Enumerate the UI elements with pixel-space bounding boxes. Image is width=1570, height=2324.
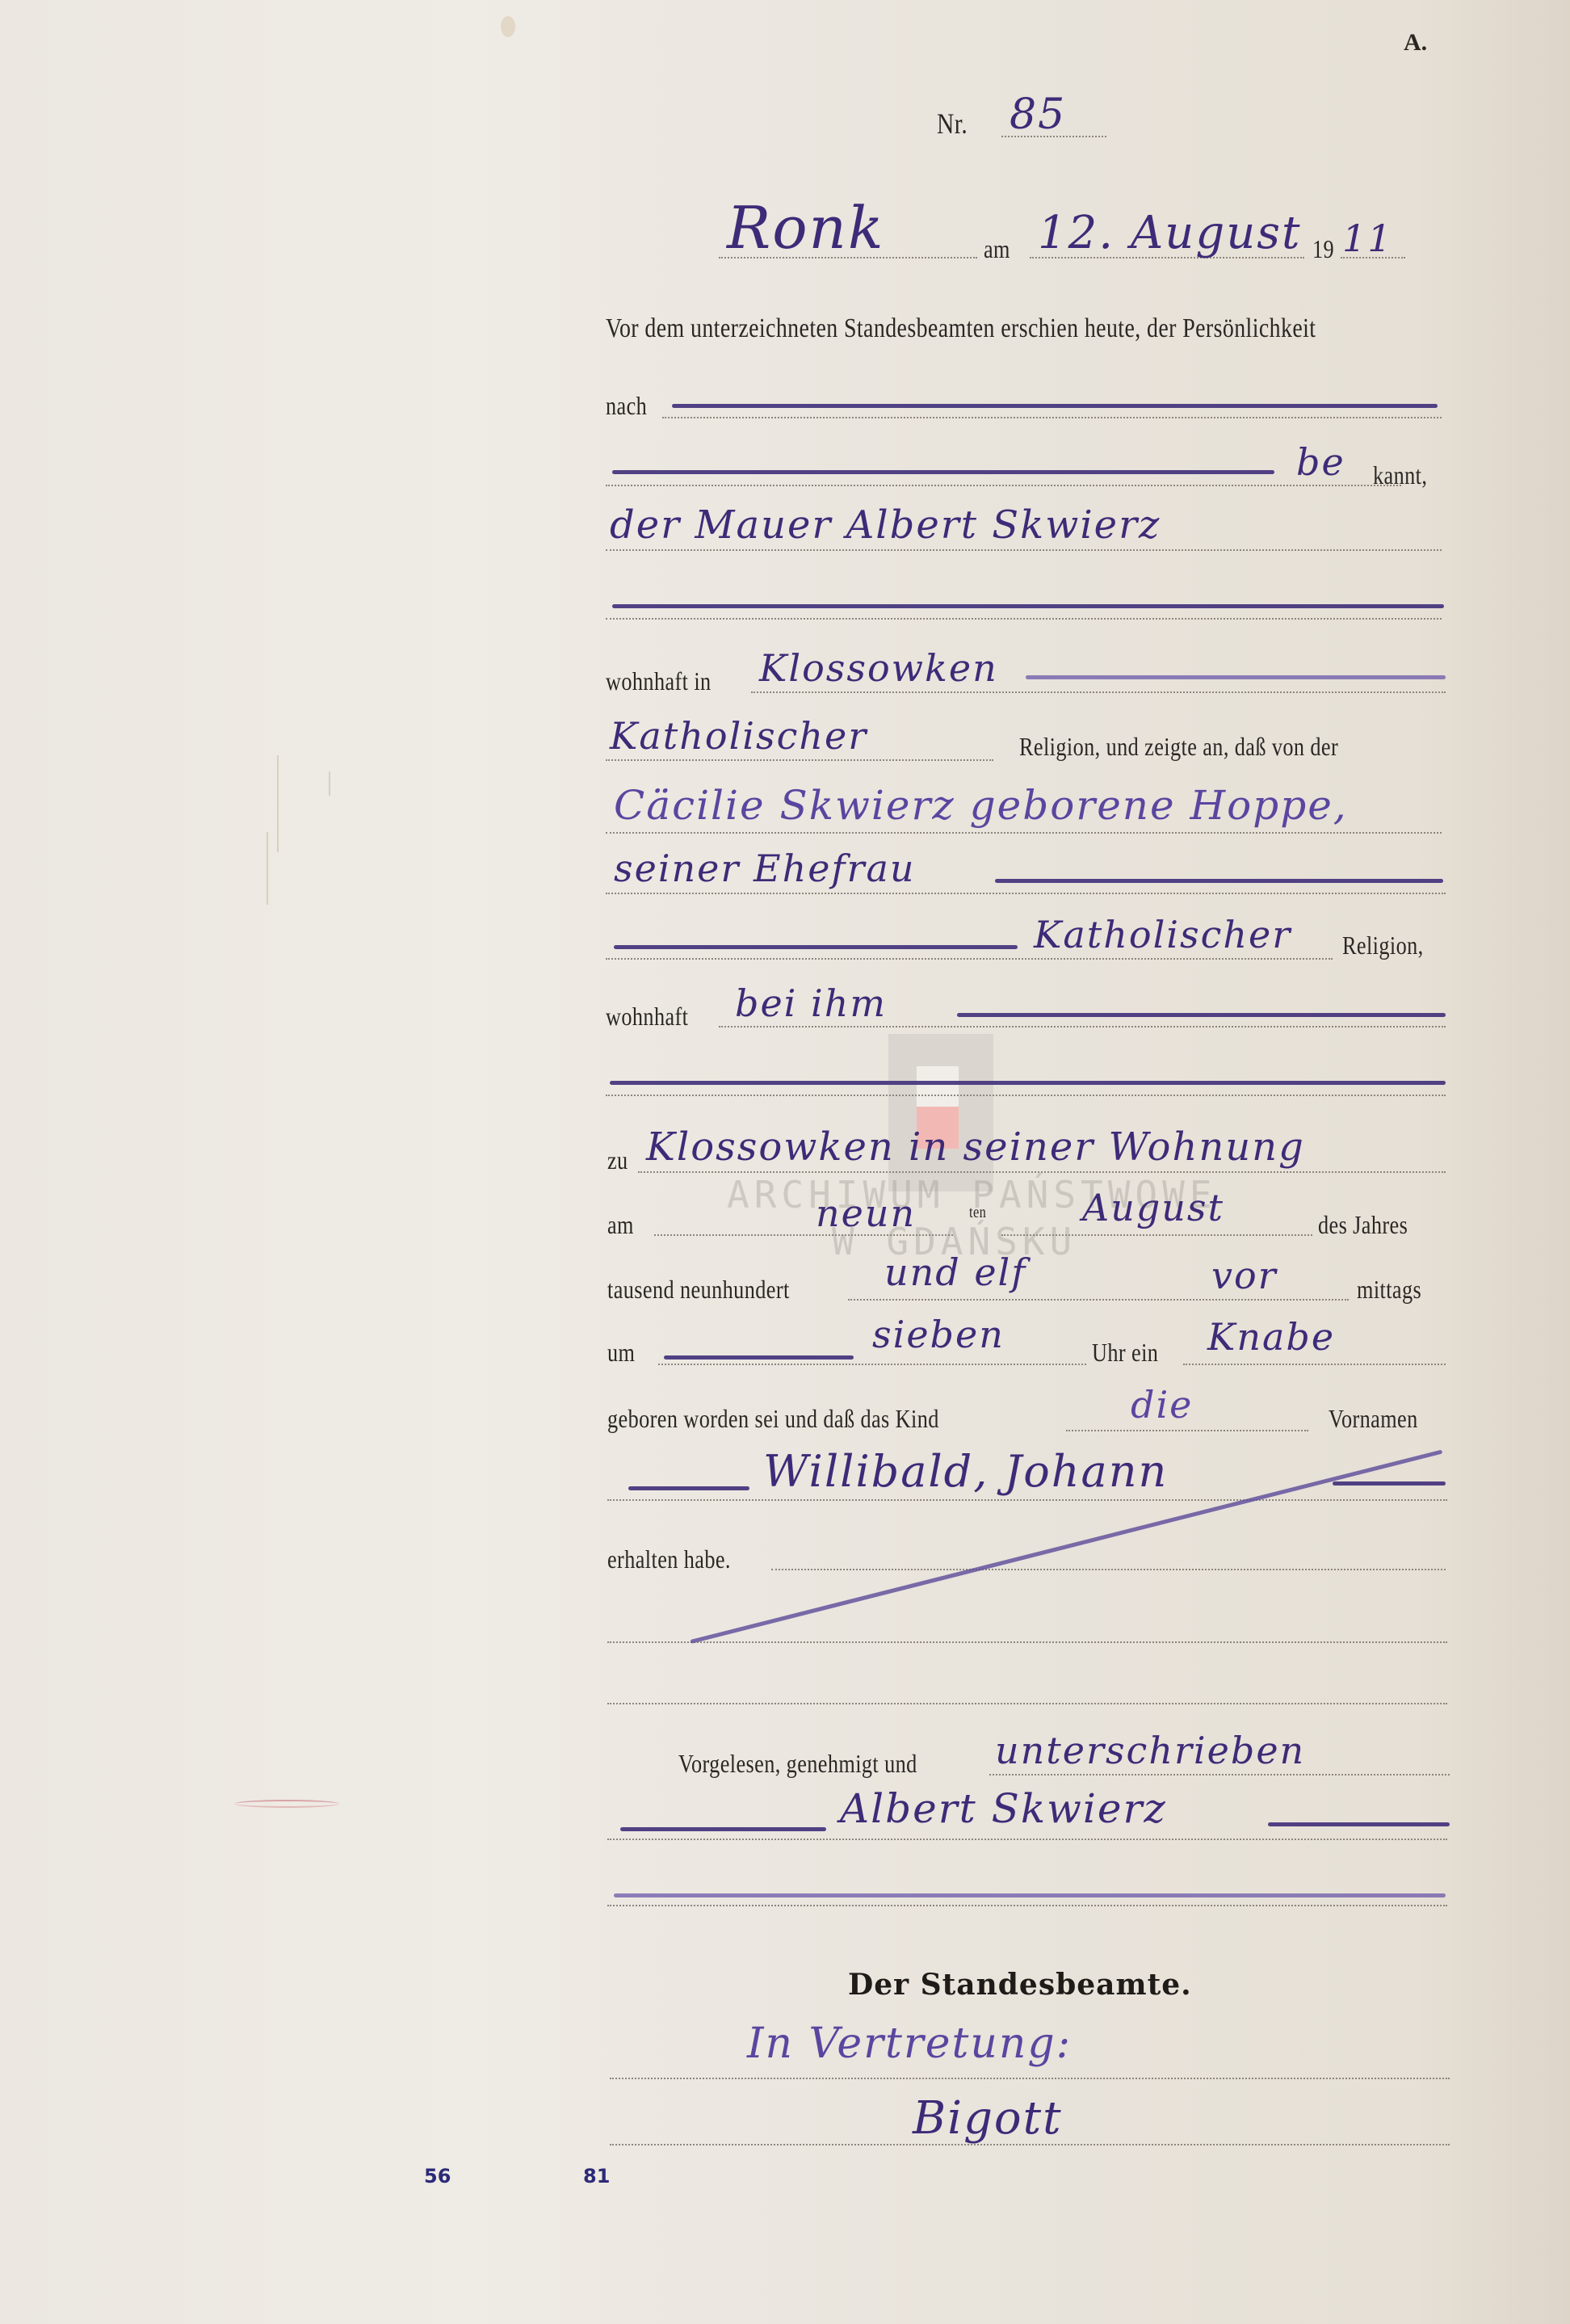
bekannt-handwritten: be xyxy=(1296,440,1345,484)
date-prefix: am xyxy=(984,234,1010,264)
filler-stroke xyxy=(1268,1822,1450,1826)
filler-stroke xyxy=(957,1013,1446,1017)
des-jahres-label: des Jahres xyxy=(1318,1210,1408,1240)
residence-handwritten: Klossowken xyxy=(759,646,998,690)
date-handwritten: 12. August xyxy=(1038,207,1302,259)
geboren-label: geboren worden sei und daß das Kind xyxy=(607,1404,939,1434)
filler-stroke xyxy=(612,470,1274,474)
official-note-handwritten: In Vertretung: xyxy=(747,2019,1072,2068)
place-handwritten: Ronk xyxy=(727,194,885,262)
informant-line xyxy=(606,549,1442,551)
birth-year-handwritten: und elf xyxy=(884,1250,1026,1294)
paper-crease xyxy=(329,771,330,796)
sex-line xyxy=(1183,1364,1446,1365)
wohnhaft-in-label: wohnhaft in xyxy=(606,666,712,696)
year-handwritten: 11 xyxy=(1342,216,1393,260)
vorgelesen-line xyxy=(989,1774,1450,1776)
hour-line xyxy=(658,1364,1086,1365)
religion-handwritten: Katholischer xyxy=(610,714,867,758)
filler-stroke xyxy=(664,1355,854,1360)
um-label: um xyxy=(607,1338,635,1368)
filler-stroke xyxy=(995,879,1443,883)
mother-handwritten: Cäcilie Skwierz geborene Hoppe, xyxy=(614,782,1348,829)
official-heading: Der Standesbeamte. xyxy=(848,1968,1192,2002)
official-line xyxy=(610,2078,1450,2079)
paper-crease xyxy=(277,755,279,852)
ten-suffix: ten xyxy=(969,1204,986,1222)
zu-label: zu xyxy=(607,1145,628,1175)
filler-stroke xyxy=(620,1827,826,1831)
blank-line xyxy=(607,1905,1447,1906)
bekannt-line xyxy=(606,485,1401,486)
filler-stroke xyxy=(612,604,1444,608)
filler-stroke xyxy=(614,1893,1446,1897)
form-corner-label: A. xyxy=(1404,29,1427,57)
filler-stroke xyxy=(614,945,1018,949)
mittags-label: mittags xyxy=(1357,1275,1421,1305)
religion-label: Religion, xyxy=(1342,931,1424,960)
filler-stroke xyxy=(628,1486,749,1490)
mother-religion-line xyxy=(606,958,1333,960)
paper-crease xyxy=(267,832,268,905)
unterschrieben-handwritten: unterschrieben xyxy=(995,1729,1305,1772)
informant-handwritten: der Mauer Albert Skwierz xyxy=(610,502,1161,548)
religion-line xyxy=(606,759,993,761)
hour-handwritten: sieben xyxy=(872,1313,1005,1356)
residence-line xyxy=(751,691,1446,693)
year-prefix: 19 xyxy=(1312,234,1334,264)
birth-month-handwritten: August xyxy=(1082,1186,1224,1229)
informant-signature-line xyxy=(607,1839,1447,1840)
die-line xyxy=(1066,1430,1308,1431)
erhalten-label: erhalten habe. xyxy=(607,1544,731,1574)
margin-stamp-right: 81 xyxy=(583,2165,610,2187)
religion-text: Religion, und zeigte an, daß von der xyxy=(1019,732,1338,762)
child-names-handwritten: Willibald, Johann xyxy=(763,1446,1168,1497)
filler-stroke xyxy=(1333,1481,1446,1486)
paper-stain xyxy=(501,16,515,37)
margin-stamp-left: 56 xyxy=(424,2165,451,2187)
birthplace-handwritten: Klossowken in seiner Wohnung xyxy=(646,1124,1305,1170)
mother-line xyxy=(606,832,1442,834)
die-handwritten: die xyxy=(1131,1383,1193,1427)
birth-month-line xyxy=(1001,1234,1312,1236)
vor-handwritten: vor xyxy=(1211,1254,1278,1297)
informant-signature: Albert Skwierz xyxy=(840,1785,1167,1832)
mother-religion-handwritten: Katholischer xyxy=(1034,913,1291,956)
uhr-ein-label: Uhr ein xyxy=(1092,1338,1158,1368)
blank-line xyxy=(607,1641,1447,1643)
filler-stroke xyxy=(1026,675,1446,679)
nach-line xyxy=(662,417,1442,418)
am-label: am xyxy=(607,1210,634,1240)
vorgelesen-label: Vorgelesen, genehmigt und xyxy=(678,1749,917,1779)
mother-residence-handwritten: bei ihm xyxy=(735,981,887,1025)
wife-line xyxy=(606,893,1446,894)
mother-residence-line xyxy=(719,1026,1446,1028)
vornamen-label: Vornamen xyxy=(1329,1404,1418,1434)
number-label: Nr. xyxy=(937,107,968,141)
filler-stroke xyxy=(610,1081,1446,1085)
tausend-label: tausend neunhundert xyxy=(607,1275,790,1305)
official-signature: Bigott xyxy=(913,2092,1063,2145)
sex-handwritten: Knabe xyxy=(1207,1315,1335,1359)
birth-day-handwritten: neun xyxy=(816,1191,916,1235)
child-names-line xyxy=(607,1499,1447,1501)
bekannt-suffix: kannt, xyxy=(1373,460,1427,490)
intro-text: Vor dem unterzeichneten Standesbeamten e… xyxy=(606,313,1316,344)
blank-line xyxy=(607,1703,1447,1704)
blank-line xyxy=(606,1095,1446,1096)
pink-mark xyxy=(234,1800,339,1808)
record-number: 85 xyxy=(1010,90,1066,139)
blank-line xyxy=(606,618,1442,620)
filler-stroke xyxy=(672,404,1438,408)
wife-handwritten: seiner Ehefrau xyxy=(614,847,916,890)
erhalten-line xyxy=(771,1569,1446,1570)
wohnhaft-label: wohnhaft xyxy=(606,1002,688,1032)
birth-year-line xyxy=(848,1299,1349,1301)
nach-label: nach xyxy=(606,391,647,421)
